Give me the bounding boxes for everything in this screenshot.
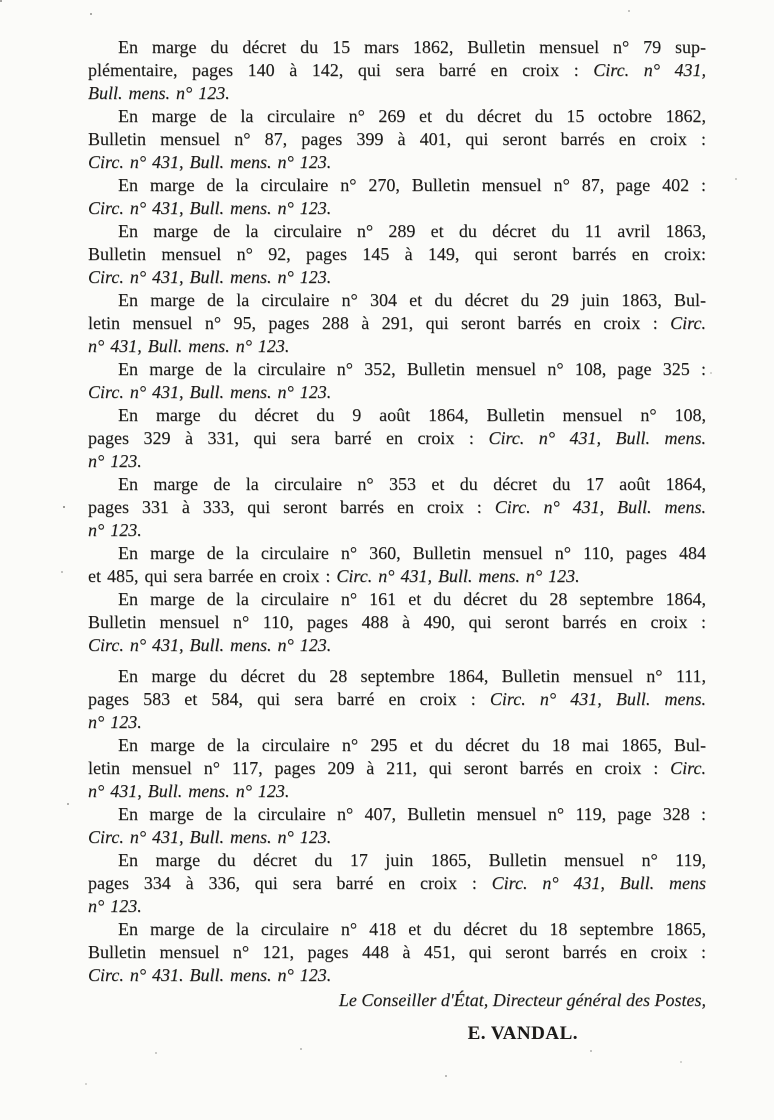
reference-text: Circ. n° 431, Bull. mens [492, 873, 706, 893]
text-line: Circ. n° 431, Bull. mens. n° 123. [88, 634, 706, 657]
text-line: Bulletin mensuel n° 110, pages 488 à 490… [88, 611, 706, 634]
text-line: n° 123. [88, 450, 706, 473]
reference-text: Circ. n° 431, Bull. mens. n° 123. [88, 382, 331, 402]
body-text: En marge du décret du 17 juin 1865, Bull… [118, 850, 706, 870]
body-text: En marge de la circulaire n° 418 et du d… [118, 919, 706, 939]
reference-text: Bull. mens. n° 123. [88, 83, 230, 103]
text-line: Circ. n° 431, Bull. mens. n° 123. [88, 826, 706, 849]
paragraph: En marge de la circulaire n° 270, Bullet… [88, 174, 706, 220]
reference-text: n° 431, Bull. mens. n° 123. [88, 336, 289, 356]
body-text: Bulletin mensuel n° 121, pages 448 à 451… [88, 942, 706, 962]
body-text: En marge de la circulaire n° 304 et du d… [118, 290, 706, 310]
text-line: n° 431, Bull. mens. n° 123. [88, 335, 706, 358]
reference-text: Circ. n° 431, Bull. mens. [488, 428, 706, 448]
reference-text: Circ. n° 431, Bull. mens. [495, 497, 706, 517]
body-text: En marge de la circulaire n° 352, Bullet… [118, 359, 706, 379]
paragraph: En marge de la circulaire n° 304 et du d… [88, 289, 706, 358]
reference-text: Circ. n° 431, Bull. mens. n° 123. [88, 152, 331, 172]
reference-text: Circ. n° 431, Bull. mens. n° 123. [88, 827, 331, 847]
text-line: Bulletin mensuel n° 121, pages 448 à 451… [88, 941, 706, 964]
paragraph: En marge de la circulaire n° 353 et du d… [88, 473, 706, 542]
text-line: et 485, qui sera barrée en croix : Circ.… [88, 565, 706, 588]
body-text: pages 329 à 331, qui sera barré en croix… [88, 428, 488, 448]
text-line: n° 123. [88, 895, 706, 918]
text-line: En marge du décret du 17 juin 1865, Bull… [88, 849, 706, 872]
body-text: pages 334 à 336, qui sera barré en croix… [88, 873, 492, 893]
paragraph: En marge de la circulaire n° 418 et du d… [88, 918, 706, 987]
body-text: En marge du décret du 15 mars 1862, Bull… [118, 37, 706, 57]
signature-role-line: Le Conseiller d'État, Directeur général … [88, 990, 706, 1011]
paragraph: En marge de la circulaire n° 407, Bullet… [88, 803, 706, 849]
reference-text: Circ. n° 431, Bull. mens. [490, 689, 706, 709]
body-text: En marge de la circulaire n° 161 et du d… [118, 589, 706, 609]
paragraph: En marge du décret du 28 septembre 1864,… [88, 665, 706, 734]
body-text: En marge du décret du 9 août 1864, Bulle… [118, 405, 706, 425]
text-line: pages 334 à 336, qui sera barré en croix… [88, 872, 706, 895]
paragraph: En marge du décret du 17 juin 1865, Bull… [88, 849, 706, 918]
body-text: pages 331 à 333, qui seront barrés en cr… [88, 497, 495, 517]
text-line: En marge de la circulaire n° 407, Bullet… [88, 803, 706, 826]
text-line: n° 431, Bull. mens. n° 123. [88, 780, 706, 803]
body-text: letin mensuel n° 95, pages 288 à 291, qu… [88, 313, 670, 333]
text-line: pages 331 à 333, qui seront barrés en cr… [88, 496, 706, 519]
body-text: Bulletin mensuel n° 110, pages 488 à 490… [88, 612, 706, 632]
text-line: pages 329 à 331, qui sera barré en croix… [88, 427, 706, 450]
text-line: En marge de la circulaire n° 289 et du d… [88, 220, 706, 243]
body-text: letin mensuel n° 117, pages 209 à 211, q… [88, 758, 670, 778]
text-line: Circ. n° 431, Bull. mens. n° 123. [88, 151, 706, 174]
reference-text: n° 123. [88, 451, 142, 471]
text-line: pages 583 et 584, qui sera barré en croi… [88, 688, 706, 711]
text-line: letin mensuel n° 117, pages 209 à 211, q… [88, 757, 706, 780]
text-line: En marge de la circulaire n° 352, Bullet… [88, 358, 706, 381]
text-line: Circ. n° 431, Bull. mens. n° 123. [88, 266, 706, 289]
text-line: En marge du décret du 9 août 1864, Bulle… [88, 404, 706, 427]
text-line: En marge de la circulaire n° 295 et du d… [88, 734, 706, 757]
text-line: En marge de la circulaire n° 304 et du d… [88, 289, 706, 312]
body-text: En marge de la circulaire n° 270, Bullet… [118, 175, 706, 195]
reference-text: n° 123. [88, 712, 142, 732]
reference-text: Circ. n° 431, Bull. mens. n° 123. [88, 267, 331, 287]
body-text: plémentaire, pages 140 à 142, qui sera b… [88, 60, 593, 80]
body-text: pages 583 et 584, qui sera barré en croi… [88, 689, 490, 709]
text-line: En marge de la circulaire n° 270, Bullet… [88, 174, 706, 197]
paragraph: En marge du décret du 15 mars 1862, Bull… [88, 36, 706, 105]
reference-text: Circ. n° 431, Bull. mens. n° 123. [336, 566, 579, 586]
text-line: plémentaire, pages 140 à 142, qui sera b… [88, 59, 706, 82]
text-line: letin mensuel n° 95, pages 288 à 291, qu… [88, 312, 706, 335]
text-line: En marge du décret du 28 septembre 1864,… [88, 665, 706, 688]
text-line: n° 123. [88, 711, 706, 734]
body-text: et 485, qui sera barrée en croix : [88, 566, 336, 586]
body-text: En marge de la circulaire n° 295 et du d… [118, 735, 706, 755]
document-page: En marge du décret du 15 mars 1862, Bull… [0, 0, 774, 1120]
body-text: En marge du décret du 28 septembre 1864,… [118, 666, 706, 686]
text-line: En marge de la circulaire n° 269 et du d… [88, 105, 706, 128]
text-line: Circ. n° 431. Bull. mens. n° 123. [88, 964, 706, 987]
reference-text: Circ. [670, 313, 706, 333]
reference-text: Circ. n° 431, Bull. mens. n° 123. [88, 635, 331, 655]
text-line: En marge de la circulaire n° 360, Bullet… [88, 542, 706, 565]
body-text: Bulletin mensuel n° 87, pages 399 à 401,… [88, 129, 706, 149]
reference-text: Circ. n° 431, [593, 60, 706, 80]
body-text: En marge de la circulaire n° 407, Bullet… [118, 804, 706, 824]
reference-text: Circ. n° 431, Bull. mens. n° 123. [88, 198, 331, 218]
text-line: En marge du décret du 15 mars 1862, Bull… [88, 36, 706, 59]
text-line: En marge de la circulaire n° 353 et du d… [88, 473, 706, 496]
reference-text: Circ. n° 431. Bull. mens. n° 123. [88, 965, 331, 985]
reference-text: n° 123. [88, 896, 142, 916]
paragraph: En marge de la circulaire n° 269 et du d… [88, 105, 706, 174]
paragraph: En marge de la circulaire n° 295 et du d… [88, 734, 706, 803]
reference-text: n° 123. [88, 520, 142, 540]
paragraph: En marge de la circulaire n° 360, Bullet… [88, 542, 706, 588]
text-line: En marge de la circulaire n° 418 et du d… [88, 918, 706, 941]
body-text: En marge de la circulaire n° 269 et du d… [118, 106, 706, 126]
text-line: Circ. n° 431, Bull. mens. n° 123. [88, 381, 706, 404]
body-text: En marge de la circulaire n° 360, Bullet… [118, 543, 706, 563]
reference-text: n° 431, Bull. mens. n° 123. [88, 781, 289, 801]
paragraph: En marge du décret du 9 août 1864, Bulle… [88, 404, 706, 473]
paragraph: En marge de la circulaire n° 289 et du d… [88, 220, 706, 289]
signature-block: Le Conseiller d'État, Directeur général … [88, 990, 706, 1045]
scan-noise [0, 0, 2, 2]
reference-text: Circ. [670, 758, 706, 778]
text-line: n° 123. [88, 519, 706, 542]
body-text: En marge de la circulaire n° 353 et du d… [118, 474, 706, 494]
document-body: En marge du décret du 15 mars 1862, Bull… [88, 36, 706, 987]
paragraph: En marge de la circulaire n° 352, Bullet… [88, 358, 706, 404]
signature-name: E. VANDAL. [88, 1023, 706, 1045]
paragraph: En marge de la circulaire n° 161 et du d… [88, 588, 706, 657]
text-line: En marge de la circulaire n° 161 et du d… [88, 588, 706, 611]
text-line: Bulletin mensuel n° 87, pages 399 à 401,… [88, 128, 706, 151]
text-line: Bull. mens. n° 123. [88, 82, 706, 105]
text-line: Bulletin mensuel n° 92, pages 145 à 149,… [88, 243, 706, 266]
body-text: En marge de la circulaire n° 289 et du d… [118, 221, 706, 241]
text-line: Circ. n° 431, Bull. mens. n° 123. [88, 197, 706, 220]
body-text: Bulletin mensuel n° 92, pages 145 à 149,… [88, 244, 706, 264]
